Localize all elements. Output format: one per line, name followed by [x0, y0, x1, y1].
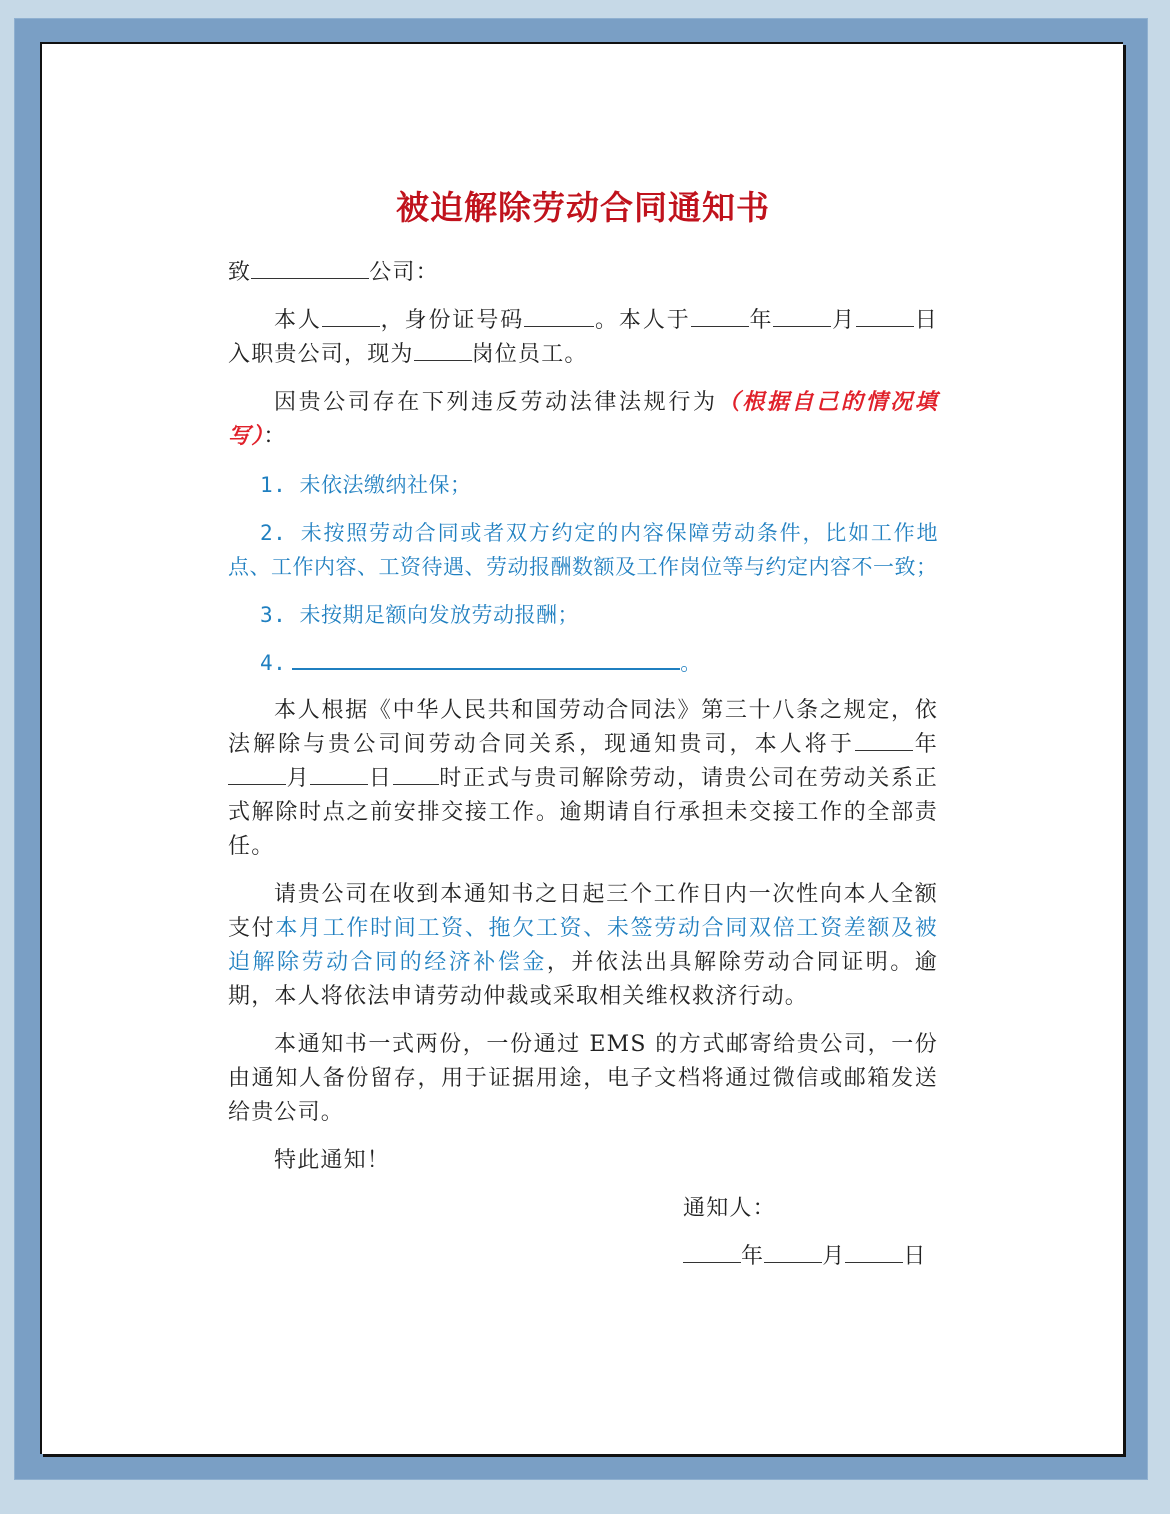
document-body: 被迫解除劳动合同通知书 致公司： 本人，身份证号码。本人于年月日入职贵公司，现为… — [228, 184, 938, 1292]
text: 年 — [913, 732, 938, 757]
text: 月 — [831, 308, 856, 333]
text: 岗位员工。 — [472, 342, 588, 367]
text: 本人根据《中华人民共和国劳动合同法》第三十八条之规定，依法解除与贵公司间劳动合同… — [228, 698, 938, 757]
item-text: 未按照劳动合同或者双方约定的内容保障劳动条件，比如工作地点、工作内容、工资待遇、… — [228, 521, 938, 579]
position-blank[interactable] — [414, 338, 472, 361]
join-year-blank[interactable] — [691, 304, 749, 327]
document-page: 被迫解除劳动合同通知书 致公司： 本人，身份证号码。本人于年月日入职贵公司，现为… — [40, 42, 1123, 1454]
violation-item-1: 1. 未依法缴纳社保； — [228, 468, 938, 502]
item-text: 未按期足额向发放劳动报酬； — [299, 603, 579, 627]
item-text: 。 — [680, 651, 702, 675]
document-title: 被迫解除劳动合同通知书 — [228, 184, 938, 232]
violation-item-3: 3. 未按期足额向发放劳动报酬； — [228, 598, 938, 632]
copies-paragraph: 本通知书一式两份，一份通过 EMS 的方式邮寄给贵公司，一份由通知人备份留存，用… — [228, 1028, 938, 1130]
employee-info-paragraph: 本人，身份证号码。本人于年月日入职贵公司，现为岗位员工。 — [228, 304, 938, 372]
text: 因贵公司存在下列违反劳动法律法规行为 — [274, 390, 718, 415]
item-number: 2. — [260, 521, 286, 545]
id-number-blank[interactable] — [524, 304, 594, 327]
end-year-blank[interactable] — [855, 728, 913, 751]
sign-year-blank[interactable] — [683, 1240, 741, 1263]
addressee-prefix: 致 — [228, 260, 251, 285]
signature-block: 通知人： 年月日 — [228, 1192, 938, 1292]
payment-paragraph: 请贵公司在收到本通知书之日起三个工作日内一次性向本人全额支付本月工作时间工资、拖… — [228, 878, 938, 1014]
text: 年 — [749, 308, 774, 333]
text: 月 — [822, 1244, 845, 1269]
item-number: 3. — [260, 603, 286, 627]
signature-date: 年月日 — [683, 1240, 927, 1274]
custom-violation-blank[interactable] — [292, 648, 680, 670]
text: ，身份证号码 — [380, 308, 524, 333]
sign-day-blank[interactable] — [845, 1240, 903, 1263]
text: 。本人于 — [594, 308, 690, 333]
violation-item-2: 2. 未按照劳动合同或者双方约定的内容保障劳动条件，比如工作地点、工作内容、工资… — [228, 516, 938, 584]
closing-line: 特此通知！ — [228, 1144, 938, 1178]
text: 月 — [286, 766, 310, 791]
sign-month-blank[interactable] — [764, 1240, 822, 1263]
violations-intro: 因贵公司存在下列违反劳动法律法规行为（根据自己的情况填写）： — [228, 386, 938, 454]
end-month-blank[interactable] — [228, 762, 286, 785]
item-number: 4. — [260, 651, 286, 675]
signer-label: 通知人： — [683, 1192, 776, 1226]
text: 日 — [368, 766, 392, 791]
addressee-line: 致公司： — [228, 256, 938, 290]
termination-paragraph: 本人根据《中华人民共和国劳动合同法》第三十八条之规定，依法解除与贵公司间劳动合同… — [228, 694, 938, 864]
text: 日 — [903, 1244, 926, 1269]
text: 年 — [741, 1244, 764, 1269]
violation-item-4: 4.。 — [228, 646, 938, 680]
company-name-blank[interactable] — [251, 256, 369, 279]
join-day-blank[interactable] — [856, 304, 914, 327]
item-number: 1. — [260, 473, 286, 497]
addressee-suffix: 公司： — [369, 260, 439, 285]
join-month-blank[interactable] — [773, 304, 831, 327]
end-day-blank[interactable] — [310, 762, 368, 785]
text: 本人 — [274, 308, 322, 333]
end-hour-blank[interactable] — [393, 762, 439, 785]
item-text: 未依法缴纳社保； — [299, 473, 471, 497]
text: ： — [263, 424, 286, 449]
name-blank[interactable] — [322, 304, 380, 327]
